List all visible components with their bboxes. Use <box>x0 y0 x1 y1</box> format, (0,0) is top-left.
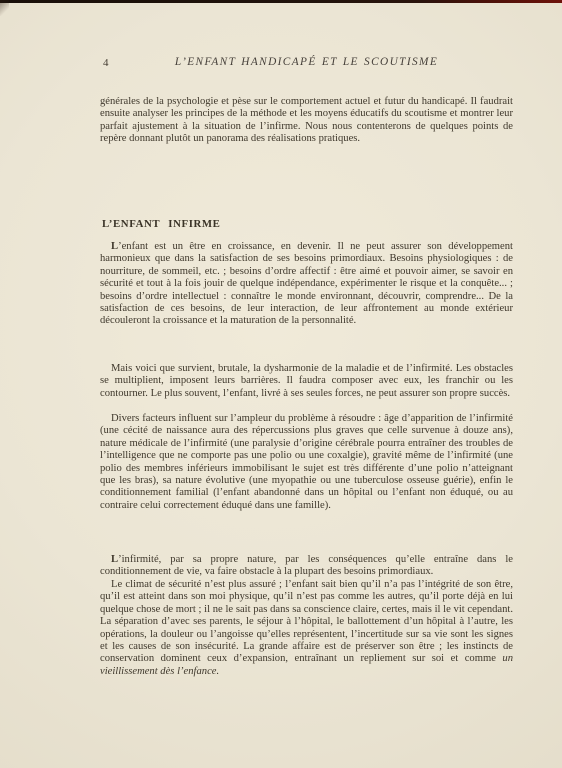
section-heading: L’ENFANT INFIRME <box>102 218 220 230</box>
page-number: 4 <box>103 57 109 69</box>
paragraph-climat-securite: Le climat de sécurité n’est plus assuré … <box>100 579 513 678</box>
paragraph-text: ’infirmité, par sa propre nature, par le… <box>100 554 513 577</box>
paragraph-enfant-croissance: L’enfant est un être en croissance, en d… <box>100 241 513 328</box>
running-title: L’ENFANT HANDICAPÉ ET LE SCOUTISME <box>100 56 513 68</box>
book-page-scan: 4 L’ENFANT HANDICAPÉ ET LE SCOUTISME gén… <box>0 0 562 768</box>
paragraph-text: ’enfant est un être en croissance, en de… <box>100 241 513 326</box>
paragraph-text: Le climat de sécurité n’est plus assuré … <box>100 579 513 664</box>
running-header: 4 L’ENFANT HANDICAPÉ ET LE SCOUTISME <box>100 56 513 71</box>
scan-edge-top <box>0 0 562 3</box>
paragraph-intro-continuation: générales de la psychologie et pèse sur … <box>100 96 513 146</box>
paragraph-divers-facteurs: Divers facteurs influent sur l’ampleur d… <box>100 413 513 512</box>
paragraph-infirmite-nature: L’infirmité, par sa propre nature, par l… <box>100 554 513 579</box>
paragraph-obstacles: Mais voici que survient, brutale, la dys… <box>100 363 513 400</box>
scan-corner-shadow <box>0 0 9 16</box>
